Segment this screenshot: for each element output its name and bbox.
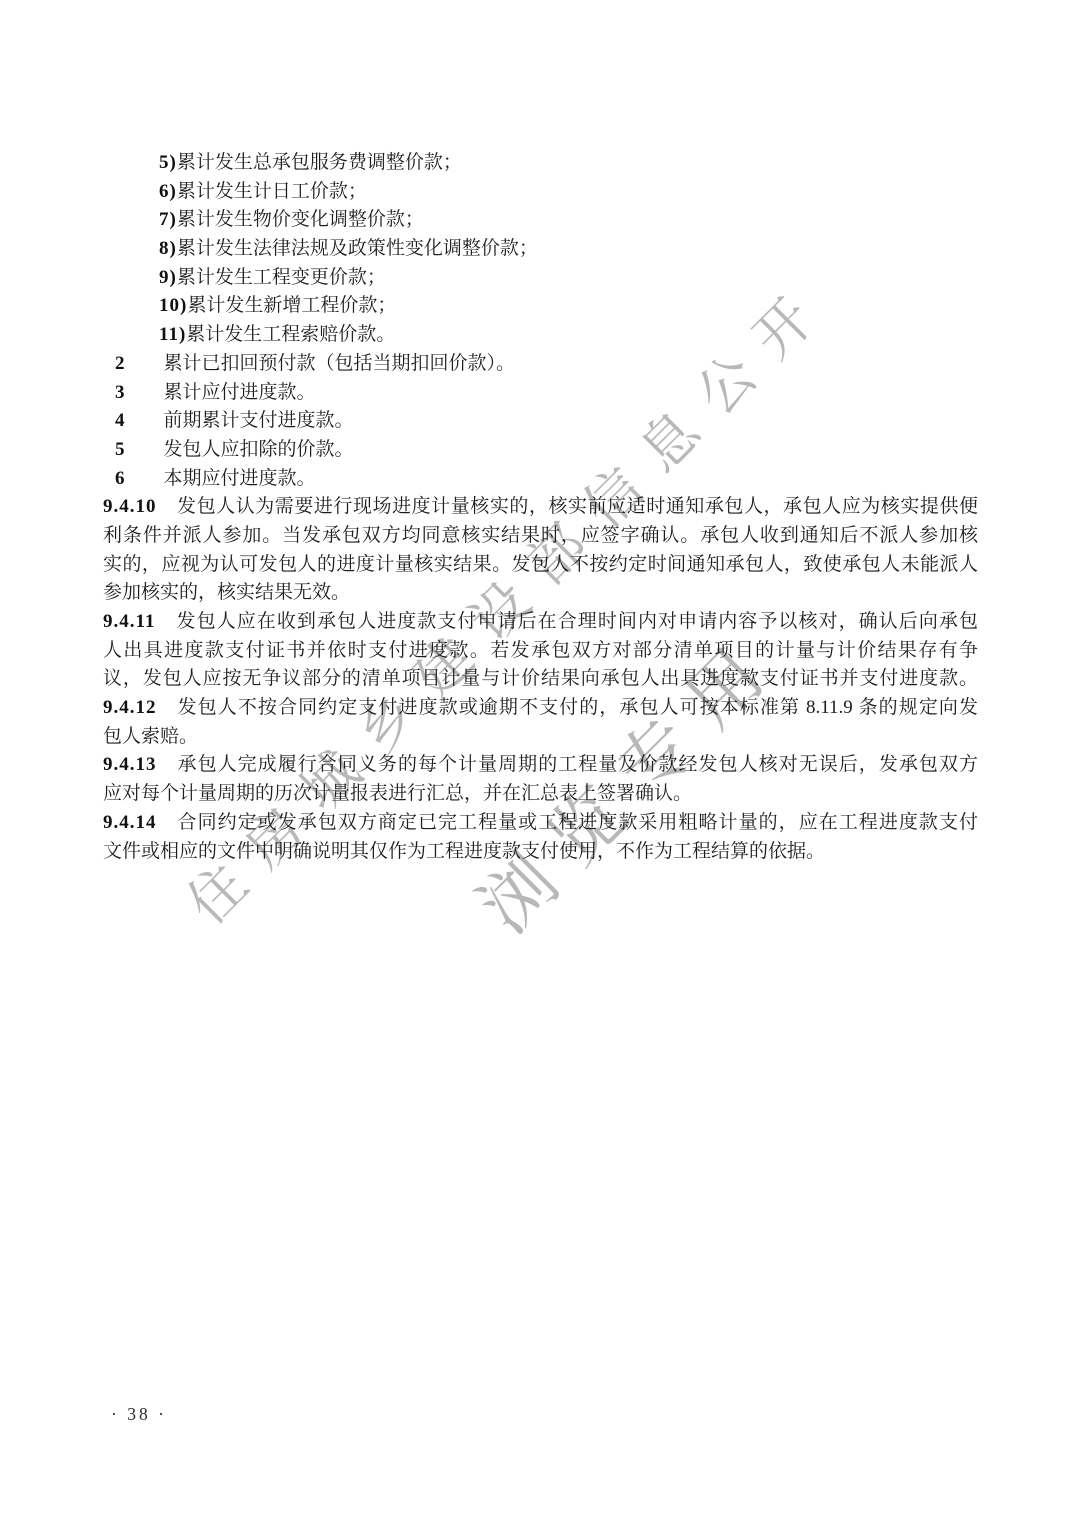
text-line: 5发包人应扣除的价款。 (0, 436, 1080, 465)
text-line: 11)累计发生工程索赔价款。 (0, 321, 1080, 350)
text-line: 6本期应付进度款。 (0, 465, 1080, 494)
line-text: 累计发生法律法规及政策性变化调整价款； (177, 238, 538, 259)
item-number: 2 (115, 353, 126, 374)
line-text: 累计发生物价变化调整价款； (177, 209, 424, 230)
line-text: 承包人完成履行合同义务的每个计量周期的工程量及价款经发包人核对无误后，发承包双方 (177, 754, 979, 775)
text-line: 应对每个计量周期的历次计量报表进行汇总，并在汇总表上签署确认。 (0, 780, 1080, 809)
text-line: 8)累计发生法律法规及政策性变化调整价款； (0, 235, 1080, 264)
line-text: 议，发包人应按无争议部分的清单项目计量与计价结果向承包人出具进度款支付证书并支付… (103, 668, 978, 689)
line-text: 利条件并派人参加。当发承包双方均同意核实结果时，应签字确认。承包人收到通知后不派… (103, 525, 978, 546)
line-text: 包人索赔。 (103, 726, 198, 747)
line-text: 实的，应视为认可发包人的进度计量核实结果。发包人不按约定时间通知承包人，致使承包… (103, 554, 978, 575)
text-line: 3累计应付进度款。 (0, 379, 1080, 408)
item-number: 11) (159, 324, 186, 345)
item-number: 6) (159, 181, 177, 202)
line-text: 参加核实的，核实结果无效。 (103, 582, 350, 603)
text-line: 包人索赔。 (0, 723, 1080, 752)
item-number: 5) (159, 152, 177, 173)
line-text: 人出具进度款支付证书并依时支付进度款。若发承包双方对部分清单项目的计量与计价结果… (103, 640, 978, 661)
text-line: 4前期累计支付进度款。 (0, 407, 1080, 436)
item-number: 9) (159, 267, 177, 288)
line-text: 累计发生计日工价款； (177, 181, 367, 202)
line-text: 发包人不按合同约定支付进度款或逾期不支付的，承包人可按本标准第 8.11.9 条… (177, 697, 979, 718)
page-number: · 38 · (111, 1404, 167, 1425)
text-line: 9.4.12发包人不按合同约定支付进度款或逾期不支付的，承包人可按本标准第 8.… (0, 694, 978, 723)
text-line: 参加核实的，核实结果无效。 (0, 579, 1080, 608)
text-line: 议，发包人应按无争议部分的清单项目计量与计价结果向承包人出具进度款支付证书并支付… (0, 665, 978, 694)
line-text: 发包人应在收到承包人进度款支付申请后在合理时间内对申请内容予以核对，确认后向承包 (175, 611, 978, 632)
item-number: 6 (115, 468, 126, 489)
line-text: 前期累计支付进度款。 (164, 410, 354, 431)
item-number: 9.4.10 (103, 496, 157, 517)
text-line: 9.4.10发包人认为需要进行现场进度计量核实的，核实前应适时通知承包人，承包人… (0, 493, 978, 522)
text-line: 实的，应视为认可发包人的进度计量核实结果。发包人不按约定时间通知承包人，致使承包… (0, 551, 978, 580)
item-number: 10) (159, 295, 187, 316)
item-number: 4 (115, 410, 126, 431)
item-number: 9.4.12 (103, 697, 157, 718)
text-line: 9.4.11发包人应在收到承包人进度款支付申请后在合理时间内对申请内容予以核对，… (0, 608, 978, 637)
line-text: 本期应付进度款。 (164, 468, 316, 489)
text-line: 9.4.14合同约定或发承包双方商定已完工程量或工程进度款采用粗略计量的，应在工… (0, 809, 978, 838)
document-page: 住房城乡建设部信息公开 浏览专用 5)累计发生总承包服务费调整价款；6)累计发生… (0, 0, 1080, 1529)
line-text: 文件或相应的文件中明确说明其仅作为工程进度款支付使用，不作为工程结算的依据。 (103, 841, 825, 862)
text-line: 6)累计发生计日工价款； (0, 178, 1080, 207)
text-line: 7)累计发生物价变化调整价款； (0, 206, 1080, 235)
item-number: 7) (159, 209, 177, 230)
line-text: 发包人应扣除的价款。 (164, 439, 354, 460)
line-text: 累计已扣回预付款（包括当期扣回价款）。 (164, 353, 516, 374)
text-line: 10)累计发生新增工程价款； (0, 292, 1080, 321)
document-text-block: 5)累计发生总承包服务费调整价款；6)累计发生计日工价款；7)累计发生物价变化调… (0, 149, 1080, 866)
line-text: 发包人认为需要进行现场进度计量核实的，核实前应适时通知承包人，承包人应为核实提供… (177, 496, 979, 517)
line-text: 累计发生工程索赔价款。 (186, 324, 395, 345)
line-text: 合同约定或发承包双方商定已完工程量或工程进度款采用粗略计量的，应在工程进度款支付 (177, 812, 979, 833)
line-text: 累计发生新增工程价款； (187, 295, 396, 316)
line-text: 累计应付进度款。 (164, 382, 316, 403)
line-text: 累计发生总承包服务费调整价款； (177, 152, 462, 173)
text-line: 利条件并派人参加。当发承包双方均同意核实结果时，应签字确认。承包人收到通知后不派… (0, 522, 978, 551)
text-line: 5)累计发生总承包服务费调整价款； (0, 149, 1080, 178)
text-line: 人出具进度款支付证书并依时支付进度款。若发承包双方对部分清单项目的计量与计价结果… (0, 637, 978, 666)
item-number: 9.4.14 (103, 812, 157, 833)
text-line: 文件或相应的文件中明确说明其仅作为工程进度款支付使用，不作为工程结算的依据。 (0, 838, 1080, 867)
line-text: 累计发生工程变更价款； (177, 267, 386, 288)
item-number: 3 (115, 382, 126, 403)
text-line: 2累计已扣回预付款（包括当期扣回价款）。 (0, 350, 1080, 379)
item-number: 8) (159, 238, 177, 259)
item-number: 9.4.13 (103, 754, 157, 775)
text-line: 9.4.13承包人完成履行合同义务的每个计量周期的工程量及价款经发包人核对无误后… (0, 751, 978, 780)
line-text: 应对每个计量周期的历次计量报表进行汇总，并在汇总表上签署确认。 (103, 783, 692, 804)
item-number: 5 (115, 439, 126, 460)
item-number: 9.4.11 (103, 611, 155, 632)
text-line: 9)累计发生工程变更价款； (0, 264, 1080, 293)
